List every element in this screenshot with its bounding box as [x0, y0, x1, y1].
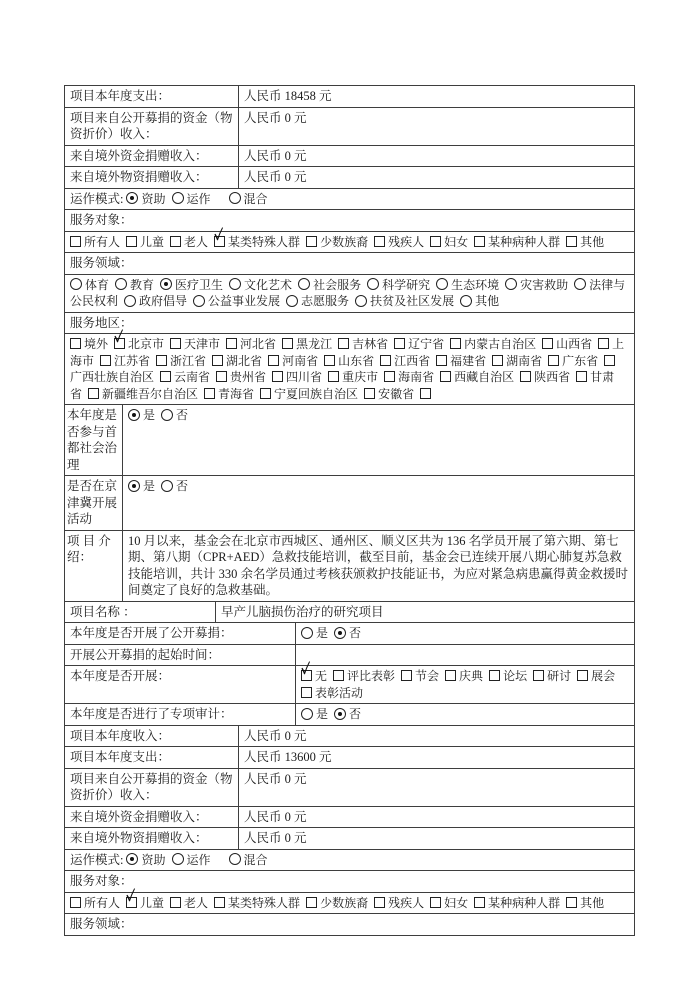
form-row: 项目本年度支出：人民币 18458 元 — [65, 86, 634, 107]
radio-icon — [172, 853, 184, 865]
checkbox-icon — [160, 371, 171, 382]
form-row: 服务对象： — [65, 870, 634, 892]
checkbox-icon — [577, 670, 588, 681]
checkbox-icon — [445, 670, 456, 681]
checkbox-option-label: 山东省 — [338, 354, 374, 368]
checkbox-icon — [374, 236, 385, 247]
radio-selected-icon — [126, 853, 138, 865]
options-row: 所有人 儿童 老人 某类特殊人群 少数族裔 残疾人 妇女 某种病种人群 其他 — [65, 232, 634, 253]
radio-option-label: 否 — [176, 479, 188, 493]
checkbox-icon — [268, 355, 279, 366]
checkbox-icon — [566, 236, 577, 247]
form-row: 来自境外资金捐赠收入：人民币 0 元 — [65, 145, 634, 167]
field-label: 本年度是否开展了公开募捐： — [65, 623, 296, 644]
checkbox-option-label: 海南省 — [398, 370, 434, 384]
checkbox-option-label: 老人 — [184, 235, 208, 249]
form-row: 运作模式: 资助 运作 混合 — [65, 188, 634, 210]
checkbox-icon — [226, 338, 237, 349]
field-label: 项目本年度支出： — [65, 747, 239, 768]
checkbox-option-label: 某种病种人群 — [488, 896, 560, 910]
checkbox-option-label: 河北省 — [240, 337, 276, 351]
radio-option-label: 生态环境 — [451, 278, 499, 292]
checkbox-icon — [450, 338, 461, 349]
checkbox-option-label: 贵州省 — [230, 370, 266, 384]
form-row: 运作模式: 资助 运作 混合 — [65, 849, 634, 871]
checkbox-option-label: 浙江省 — [170, 354, 206, 368]
checkbox-checked-icon — [114, 338, 125, 349]
radio-icon — [124, 295, 136, 307]
options-row: 体育 教育 医疗卫生 文化艺术 社会服务 科学研究 生态环境 灾害救助 法律与公… — [65, 275, 634, 312]
options-row: 所有人 儿童 老人 某类特殊人群 少数族裔 残疾人 妇女 某种病种人群 其他 — [65, 893, 634, 914]
form-row: 项目来自公开募捐的资金（物资折价）收入：人民币 0 元 — [65, 768, 634, 806]
checkbox-icon — [492, 355, 503, 366]
field-value: 人民币 13600 元 — [239, 747, 634, 768]
field-value: 人民币 0 元 — [239, 726, 634, 747]
checkbox-icon — [436, 355, 447, 366]
checkbox-option-label: 妇女 — [444, 235, 468, 249]
form-row: 服务地区： — [65, 312, 634, 334]
checkbox-option-label: 庆典 — [459, 669, 483, 683]
radio-option-label: 是 — [316, 707, 328, 721]
checkbox-checked-icon — [126, 897, 137, 908]
checkbox-option-label: 河南省 — [282, 354, 318, 368]
radio-option-label: 是 — [316, 626, 328, 640]
checkbox-icon — [333, 670, 344, 681]
checkbox-option-label: 江苏省 — [114, 354, 150, 368]
radio-icon — [229, 278, 241, 290]
radio-selected-icon — [128, 409, 140, 421]
field-label: 项目来自公开募捐的资金（物资折价）收入： — [65, 769, 239, 806]
checkbox-icon — [598, 338, 609, 349]
form-row: 服务领域： — [65, 913, 634, 935]
checkbox-option-label: 吉林省 — [352, 337, 388, 351]
checkbox-option-label: 云南省 — [174, 370, 210, 384]
checkbox-icon — [88, 388, 99, 399]
checkbox-icon — [260, 388, 271, 399]
checkbox-icon — [170, 236, 181, 247]
field-label: 本年度是否参与首都社会治理 — [65, 405, 123, 475]
checkbox-option-label: 表彰活动 — [315, 686, 363, 700]
annual-report-form-table: 项目本年度支出：人民币 18458 元项目来自公开募捐的资金（物资折价）收入：人… — [64, 85, 635, 936]
form-row: 所有人 儿童 老人 某类特殊人群 少数族裔 残疾人 妇女 某种病种人群 其他 — [65, 231, 634, 253]
checkbox-icon — [170, 897, 181, 908]
radio-option-label: 社会服务 — [313, 278, 361, 292]
field-label: 项 目 介 绍： — [65, 531, 123, 601]
radio-icon — [355, 295, 367, 307]
radio-icon — [229, 853, 241, 865]
radio-icon — [301, 708, 313, 720]
checkbox-icon — [474, 236, 485, 247]
radio-option-label: 是 — [143, 479, 155, 493]
checkbox-icon — [216, 371, 227, 382]
field-value: 人民币 18458 元 — [239, 86, 634, 107]
checkbox-option-label: 节会 — [415, 669, 439, 683]
checkbox-icon — [156, 355, 167, 366]
radio-option-label: 其他 — [475, 294, 499, 308]
form-row: 来自境外物资捐赠收入：人民币 0 元 — [65, 827, 634, 849]
section-label: 服务地区： — [65, 313, 634, 334]
section-label: 服务领域： — [65, 253, 634, 274]
checkbox-icon — [324, 355, 335, 366]
options-row-prefix: 运作模式: — [70, 853, 123, 867]
checkbox-option-label: 少数族裔 — [320, 235, 368, 249]
checkbox-option-label: 湖南省 — [506, 354, 542, 368]
checkbox-icon — [301, 687, 312, 698]
checkbox-option-label: 残疾人 — [388, 896, 424, 910]
radio-option-label: 政府倡导 — [139, 294, 187, 308]
checkbox-icon — [282, 338, 293, 349]
radio-icon — [574, 278, 586, 290]
checkbox-option-label: 某种病种人群 — [488, 235, 560, 249]
options-row: 运作模式: 资助 运作 混合 — [65, 850, 634, 871]
checkbox-option-label: 西藏自治区 — [454, 370, 514, 384]
form-row: 服务对象： — [65, 209, 634, 231]
checkbox-icon — [420, 388, 431, 399]
checkbox-option-label: 老人 — [184, 896, 208, 910]
checkbox-option-label: 广西壮族自治区 — [70, 370, 154, 384]
radio-icon — [298, 278, 310, 290]
checkbox-checked-icon — [301, 670, 312, 681]
checkbox-option-label: 境外 — [84, 337, 108, 351]
checkbox-option-label: 天津市 — [184, 337, 220, 351]
checkbox-option-label: 研讨 — [547, 669, 571, 683]
checkbox-icon — [474, 897, 485, 908]
radio-icon — [460, 295, 472, 307]
form-row: 本年度是否开展了公开募捐： 是 否 — [65, 622, 634, 644]
field-value: 人民币 0 元 — [239, 769, 634, 806]
checkbox-icon — [489, 670, 500, 681]
checkbox-option-label: 无 — [315, 669, 327, 683]
field-value — [296, 645, 634, 666]
form-row: 所有人 儿童 老人 某类特殊人群 少数族裔 残疾人 妇女 某种病种人群 其他 — [65, 892, 634, 914]
form-row: 项目来自公开募捐的资金（物资折价）收入：人民币 0 元 — [65, 107, 634, 145]
checkbox-option-label: 展会 — [591, 669, 615, 683]
section-label: 服务领域： — [65, 914, 634, 935]
checkbox-icon — [548, 355, 559, 366]
form-row: 开展公开募捐的起始时间： — [65, 644, 634, 666]
field-label: 来自境外物资捐赠收入： — [65, 828, 239, 849]
checkbox-option-label: 江西省 — [394, 354, 430, 368]
radio-option-label: 体育 — [85, 278, 109, 292]
checkbox-icon — [394, 338, 405, 349]
checkbox-icon — [100, 355, 111, 366]
field-label: 项目名称 ： — [65, 602, 216, 623]
form-row: 项目本年度支出：人民币 13600 元 — [65, 746, 634, 768]
checkbox-option-label: 其他 — [580, 896, 604, 910]
radio-icon — [301, 627, 313, 639]
field-value: 是 否 — [123, 405, 634, 475]
radio-icon — [161, 480, 173, 492]
radio-option-label: 灾害救助 — [520, 278, 568, 292]
radio-icon — [193, 295, 205, 307]
radio-option-label: 否 — [349, 707, 361, 721]
checkbox-icon — [440, 371, 451, 382]
checkbox-option-label: 新疆维吾尔自治区 — [102, 387, 198, 401]
field-value: 10 月以来，基金会在北京市西城区、通州区、顺义区共为 136 名学员开展了第六… — [123, 531, 634, 601]
form-row: 是否在京津冀开展活动 是 否 — [65, 475, 634, 530]
radio-option-label: 运作 — [187, 192, 211, 206]
field-label: 本年度是否进行了专项审计： — [65, 704, 296, 725]
checkbox-icon — [430, 236, 441, 247]
form-row: 本年度是否开展： 无 评比表彰 节会 庆典 论坛 研讨 展会 表彰活动 — [65, 665, 634, 703]
radio-option-label: 混合 — [244, 853, 268, 867]
radio-option-label: 否 — [176, 408, 188, 422]
checkbox-option-label: 评比表彰 — [347, 669, 395, 683]
checkbox-icon — [272, 371, 283, 382]
checkbox-option-label: 黑龙江 — [296, 337, 332, 351]
checkbox-option-label: 宁夏回族自治区 — [274, 387, 358, 401]
form-row: 服务领域： — [65, 252, 634, 274]
checkbox-option-label: 少数族裔 — [320, 896, 368, 910]
checkbox-icon — [576, 371, 587, 382]
checkbox-icon — [364, 388, 375, 399]
form-row: 来自境外物资捐赠收入：人民币 0 元 — [65, 166, 634, 188]
radio-icon — [436, 278, 448, 290]
options-row: 运作模式: 资助 运作 混合 — [65, 189, 634, 210]
radio-option-label: 文化艺术 — [244, 278, 292, 292]
checkbox-option-label: 重庆市 — [342, 370, 378, 384]
field-value: 人民币 0 元 — [239, 828, 634, 849]
radio-icon — [161, 409, 173, 421]
options-row: 境外 北京市 天津市 河北省 黑龙江 吉林省 辽宁省 内蒙古自治区 山西省 上海… — [65, 334, 634, 404]
checkbox-icon — [604, 355, 615, 366]
field-value: 人民币 0 元 — [239, 108, 634, 145]
section-label: 服务对象： — [65, 210, 634, 231]
form-row: 项目本年度收入：人民币 0 元 — [65, 725, 634, 747]
radio-option-label: 教育 — [130, 278, 154, 292]
checkbox-icon — [214, 897, 225, 908]
field-label: 本年度是否开展： — [65, 666, 296, 703]
field-value: 人民币 0 元 — [239, 807, 634, 828]
radio-option-label: 混合 — [244, 192, 268, 206]
checkbox-icon — [401, 670, 412, 681]
radio-icon — [505, 278, 517, 290]
form-row: 项目名称 ：早产儿脑损伤治疗的研究项目 — [65, 601, 634, 623]
field-value: 是 否 — [296, 623, 634, 644]
checkbox-option-label: 广东省 — [562, 354, 598, 368]
checkbox-option-label: 所有人 — [84, 896, 120, 910]
checkbox-option-label: 安徽省 — [378, 387, 414, 401]
checkbox-option-label: 四川省 — [286, 370, 322, 384]
checkbox-icon — [374, 897, 385, 908]
field-label: 是否在京津冀开展活动 — [65, 476, 123, 530]
checkbox-icon — [70, 897, 81, 908]
field-value: 早产儿脑损伤治疗的研究项目 — [216, 602, 634, 623]
checkbox-option-label: 某类特殊人群 — [228, 235, 300, 249]
options-row-prefix: 运作模式: — [70, 192, 123, 206]
radio-icon — [115, 278, 127, 290]
checkbox-checked-icon — [214, 236, 225, 247]
checkbox-option-label: 所有人 — [84, 235, 120, 249]
field-value: 是 否 — [296, 704, 634, 725]
radio-option-label: 扶贫及社区发展 — [370, 294, 454, 308]
field-label: 来自境外资金捐赠收入： — [65, 807, 239, 828]
checkbox-option-label: 北京市 — [128, 337, 164, 351]
checkbox-icon — [70, 338, 81, 349]
checkbox-option-label: 儿童 — [140, 896, 164, 910]
checkbox-option-label: 儿童 — [140, 235, 164, 249]
checkbox-icon — [306, 897, 317, 908]
checkbox-option-label: 辽宁省 — [408, 337, 444, 351]
form-row: 来自境外资金捐赠收入：人民币 0 元 — [65, 806, 634, 828]
field-label: 项目本年度收入： — [65, 726, 239, 747]
checkbox-option-label: 论坛 — [503, 669, 527, 683]
form-row: 本年度是否进行了专项审计： 是 否 — [65, 703, 634, 725]
radio-icon — [172, 192, 184, 204]
radio-icon — [229, 192, 241, 204]
checkbox-option-label: 其他 — [580, 235, 604, 249]
checkbox-option-label: 残疾人 — [388, 235, 424, 249]
form-row: 本年度是否参与首都社会治理 是 否 — [65, 404, 634, 475]
checkbox-icon — [520, 371, 531, 382]
checkbox-icon — [338, 338, 349, 349]
checkbox-icon — [328, 371, 339, 382]
radio-icon — [367, 278, 379, 290]
radio-option-label: 医疗卫生 — [175, 278, 223, 292]
checkbox-icon — [70, 236, 81, 247]
field-value: 是 否 — [123, 476, 634, 530]
form-row: 项 目 介 绍：10 月以来，基金会在北京市西城区、通州区、顺义区共为 136 … — [65, 530, 634, 601]
radio-selected-icon — [126, 192, 138, 204]
form-row: 境外 北京市 天津市 河北省 黑龙江 吉林省 辽宁省 内蒙古自治区 山西省 上海… — [65, 333, 634, 404]
checkbox-icon — [306, 236, 317, 247]
radio-option-label: 否 — [349, 626, 361, 640]
section-label: 服务对象： — [65, 871, 634, 892]
radio-option-label: 运作 — [187, 853, 211, 867]
document-page: 项目本年度支出：人民币 18458 元项目来自公开募捐的资金（物资折价）收入：人… — [0, 0, 700, 989]
radio-selected-icon — [334, 627, 346, 639]
checkbox-option-label: 内蒙古自治区 — [464, 337, 536, 351]
checkbox-icon — [384, 371, 395, 382]
radio-option-label: 科学研究 — [382, 278, 430, 292]
checkbox-option-label: 福建省 — [450, 354, 486, 368]
form-row: 体育 教育 医疗卫生 文化艺术 社会服务 科学研究 生态环境 灾害救助 法律与公… — [65, 274, 634, 312]
field-label: 项目本年度支出： — [65, 86, 239, 107]
checkbox-option-label: 山西省 — [556, 337, 592, 351]
radio-option-label: 志愿服务 — [301, 294, 349, 308]
checkbox-icon — [204, 388, 215, 399]
radio-selected-icon — [334, 708, 346, 720]
radio-selected-icon — [160, 278, 172, 290]
field-value: 无 评比表彰 节会 庆典 论坛 研讨 展会 表彰活动 — [296, 666, 634, 703]
field-value: 人民币 0 元 — [239, 167, 634, 188]
checkbox-icon — [170, 338, 181, 349]
checkbox-option-label: 湖北省 — [226, 354, 262, 368]
checkbox-icon — [533, 670, 544, 681]
radio-option-label: 是 — [143, 408, 155, 422]
checkbox-icon — [542, 338, 553, 349]
field-value: 人民币 0 元 — [239, 146, 634, 167]
field-label: 项目来自公开募捐的资金（物资折价）收入： — [65, 108, 239, 145]
checkbox-option-label: 青海省 — [218, 387, 254, 401]
radio-selected-icon — [128, 480, 140, 492]
field-label: 开展公开募捐的起始时间： — [65, 645, 296, 666]
checkbox-option-label: 妇女 — [444, 896, 468, 910]
radio-icon — [286, 295, 298, 307]
radio-option-label: 资助 — [141, 192, 165, 206]
checkbox-option-label: 陕西省 — [534, 370, 570, 384]
checkbox-icon — [126, 236, 137, 247]
checkbox-icon — [380, 355, 391, 366]
field-label: 来自境外资金捐赠收入： — [65, 146, 239, 167]
checkbox-icon — [566, 897, 577, 908]
checkbox-option-label: 某类特殊人群 — [228, 896, 300, 910]
field-label: 来自境外物资捐赠收入： — [65, 167, 239, 188]
checkbox-icon — [212, 355, 223, 366]
radio-option-label: 公益事业发展 — [208, 294, 280, 308]
radio-option-label: 资助 — [141, 853, 165, 867]
radio-icon — [70, 278, 82, 290]
checkbox-icon — [430, 897, 441, 908]
